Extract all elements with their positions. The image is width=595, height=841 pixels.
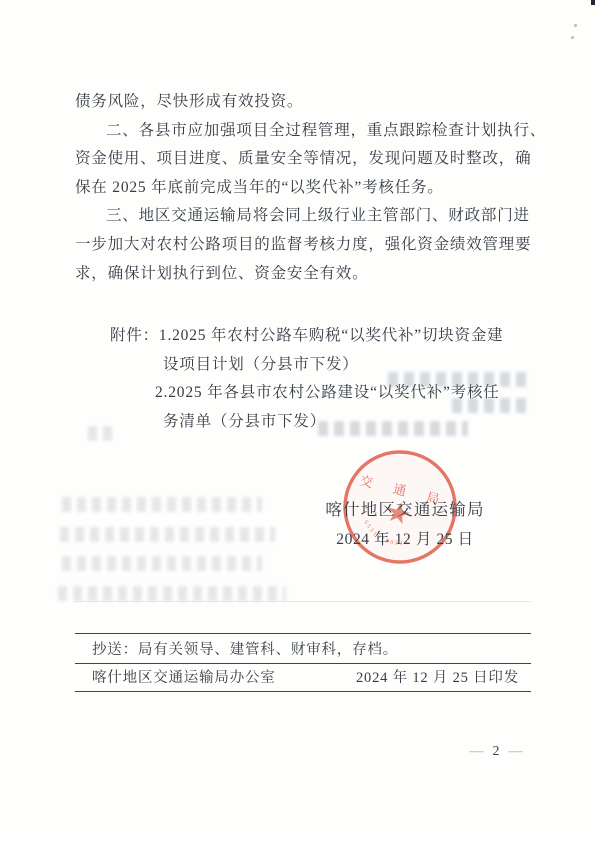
bleed-through-artifact bbox=[62, 556, 262, 571]
footer-rule-top bbox=[75, 633, 531, 634]
bleed-through-artifact bbox=[452, 398, 530, 413]
page-number-value: 2 bbox=[493, 744, 500, 759]
document-body: 债务风险，尽快形成有效投资。 二、各县市应加强项目全过程管理，重点跟踪检查计划执… bbox=[75, 88, 533, 288]
footer-cc-line: 抄送：局有关领导、建管科、财审科，存档。 bbox=[92, 638, 522, 659]
bleed-through-artifact bbox=[388, 372, 530, 387]
footer-issuer-row: 喀什地区交通运输局办公室 2024 年 12 月 25 日印发 bbox=[92, 666, 519, 687]
scan-speck bbox=[571, 36, 574, 39]
body-line: 债务风险，尽快形成有效投资。 bbox=[75, 88, 533, 117]
signature-organization: 喀什地区交通运输局 bbox=[300, 496, 510, 520]
bleed-through-artifact bbox=[60, 527, 275, 542]
page-number: —2— bbox=[446, 744, 546, 760]
bleed-through-artifact bbox=[318, 421, 468, 436]
signature-date: 2024 年 12 月 25 日 bbox=[300, 527, 510, 549]
bleed-through-artifact bbox=[58, 586, 286, 601]
bleed-through-artifact bbox=[88, 426, 118, 441]
footer-issuing-office: 喀什地区交通运输局办公室 bbox=[92, 666, 276, 687]
scanned-document-page: 债务风险，尽快形成有效投资。 二、各县市应加强项目全过程管理，重点跟踪检查计划执… bbox=[0, 0, 595, 841]
footer-rule-bottom bbox=[75, 691, 531, 692]
body-line: 二、各县市应加强项目全过程管理，重点跟踪检查计划执行、 bbox=[75, 117, 533, 146]
body-line: 一步加大对农村公路项目的监督考核力度，强化资金绩效管理要 bbox=[75, 231, 533, 260]
body-line: 保在 2025 年底前完成当年的“以奖代补”考核任务。 bbox=[75, 174, 533, 203]
footer-rule-middle bbox=[75, 663, 531, 664]
scan-speck bbox=[574, 24, 577, 27]
body-line: 求，确保计划执行到位、资金安全有效。 bbox=[75, 260, 533, 289]
scan-corner-artifact bbox=[591, 0, 595, 5]
page-number-dash-left: — bbox=[470, 744, 484, 759]
bleed-through-artifact bbox=[62, 497, 262, 512]
body-line: 三、地区交通运输局将会同上级行业主管部门、财政部门进 bbox=[75, 202, 533, 231]
bleed-through-rule bbox=[75, 601, 531, 602]
attachment-line: 附件：1.2025 年农村公路车购税“以奖代补”切块资金建 bbox=[110, 322, 540, 351]
seal-uyghur-text: شىنجاڭ ئۇيغۇر ئاپتونوم رايونى bbox=[383, 565, 436, 572]
page-number-dash-right: — bbox=[509, 744, 523, 759]
footer-print-date: 2024 年 12 月 25 日印发 bbox=[356, 666, 519, 687]
body-line: 资金使用、项目进度、质量安全等情况，发现问题及时整改，确 bbox=[75, 145, 533, 174]
